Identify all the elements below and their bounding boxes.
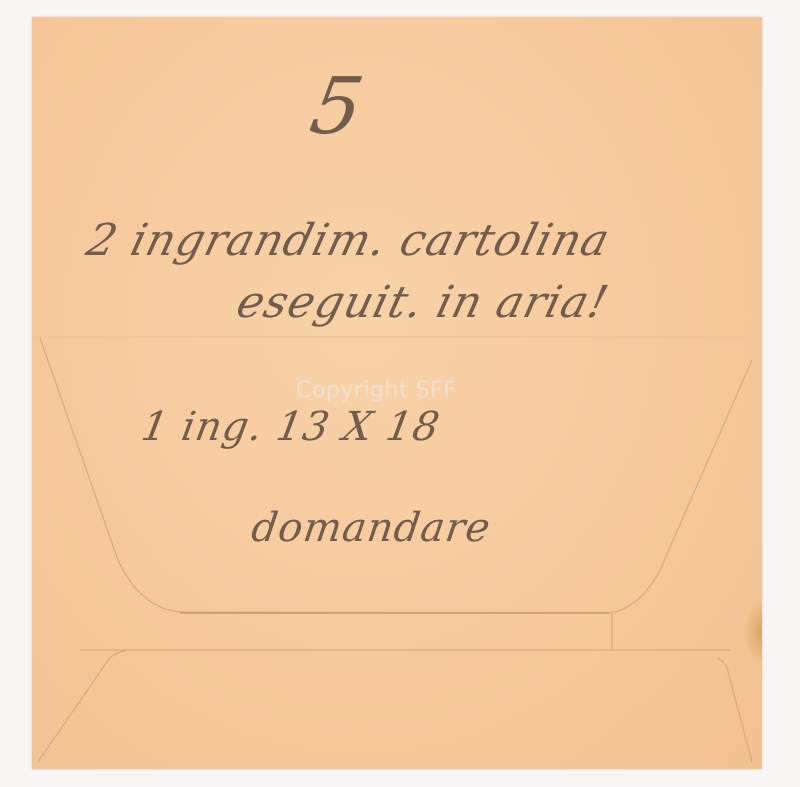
handwritten-line-3: 1 ing. 13 X 18 (138, 404, 444, 450)
handwritten-line-4: domandare (249, 505, 494, 551)
handwritten-line-1: 2 ingrandim. cartolina (82, 215, 616, 266)
copyright-watermark: Copyright SFF (296, 378, 456, 403)
stain (744, 597, 762, 667)
handwritten-line-2: eseguit. in aria! (232, 277, 614, 328)
